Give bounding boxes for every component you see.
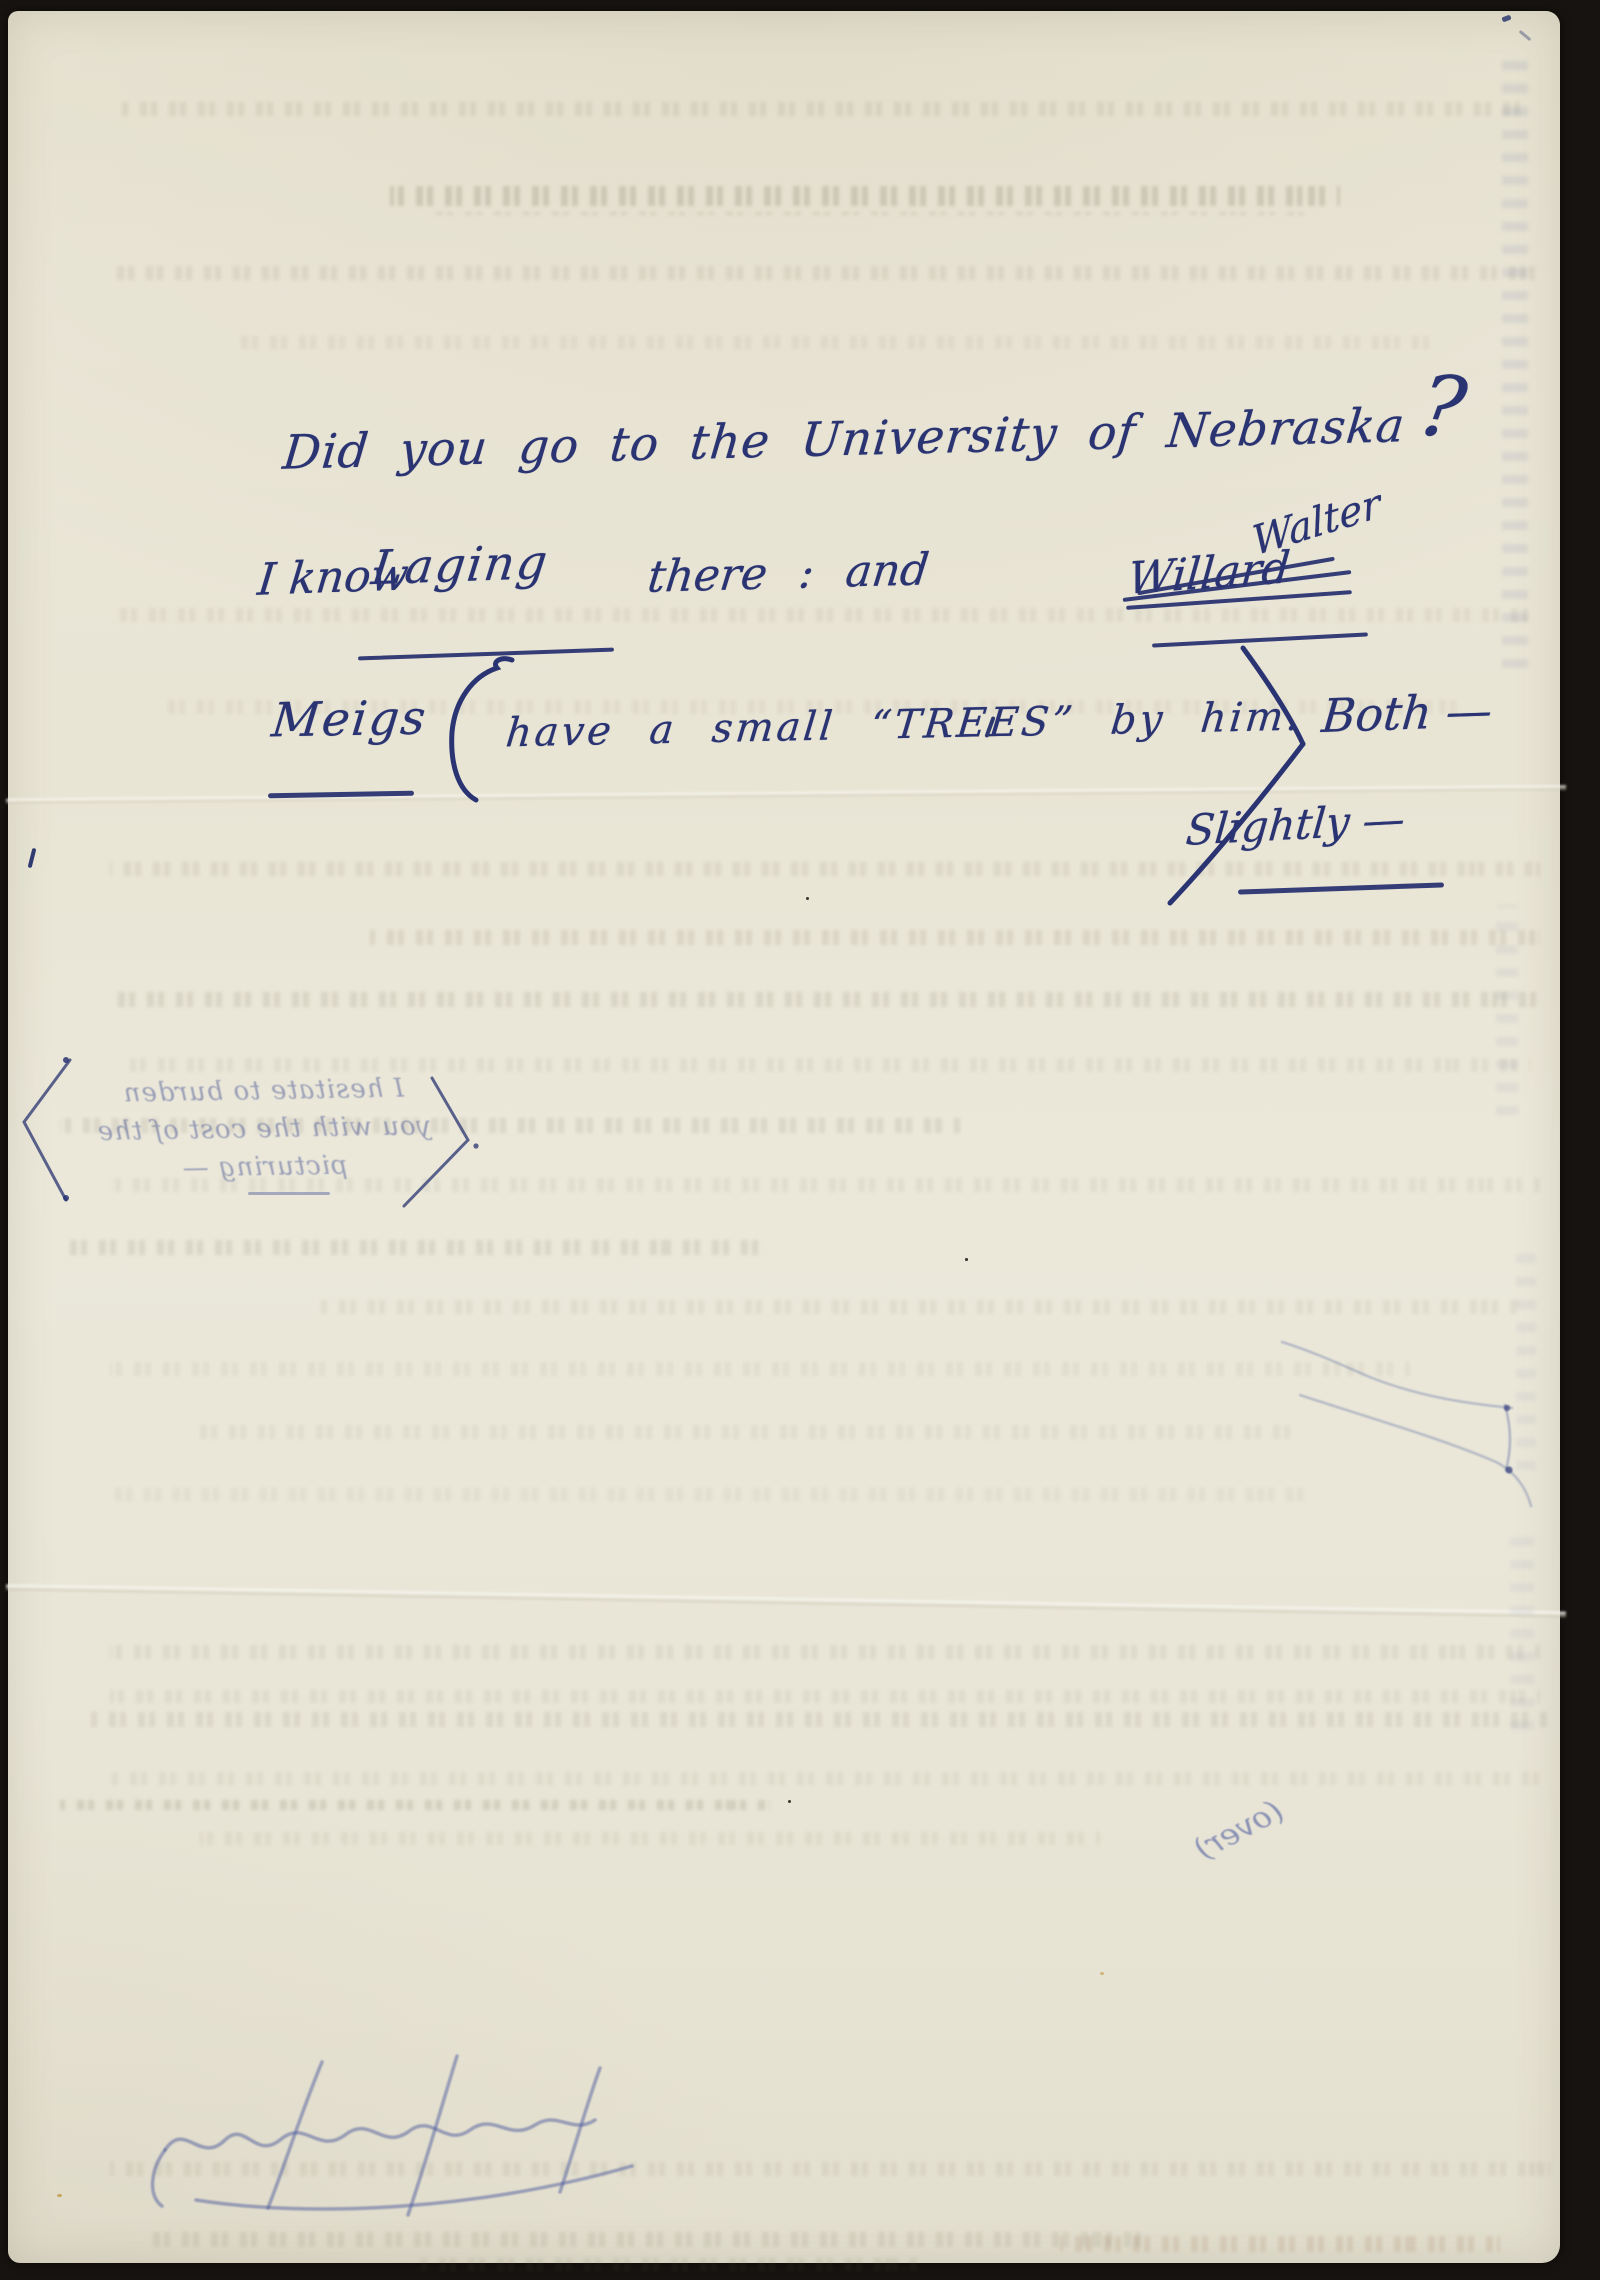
chevron-open-stroke (24, 1060, 70, 1200)
handwriting-line-2-middle: there : and (645, 544, 931, 603)
mirrored-annotation-line: picturing — (92, 1145, 437, 1189)
mirrored-annotation: I hesitate to burden you with the cost o… (91, 1069, 437, 1189)
paper-speck (806, 897, 809, 900)
mirrored-annotation-line: I hesitate to burden (91, 1069, 436, 1113)
handwriting-line-3-end: Both — (1320, 683, 1495, 743)
paper-speck (57, 2194, 62, 2197)
scanned-letter-page: I hesitate to burden you with the cost o… (0, 0, 1600, 2280)
mirrored-annotation-underline (248, 1192, 330, 1195)
ink-dot (63, 1057, 69, 1063)
ink-dot (63, 1195, 69, 1201)
ink-dot (473, 1143, 478, 1148)
paper-speck (788, 1800, 791, 1803)
paper-speck (1100, 1972, 1104, 1975)
handwriting-name-meigs: Meigs (269, 691, 430, 749)
handwriting-name-laging: Laging (369, 535, 552, 596)
mirrored-annotation-line: you with the cost of the (92, 1107, 437, 1151)
paper-speck (965, 1258, 968, 1261)
paren-open-stroke (452, 659, 512, 800)
